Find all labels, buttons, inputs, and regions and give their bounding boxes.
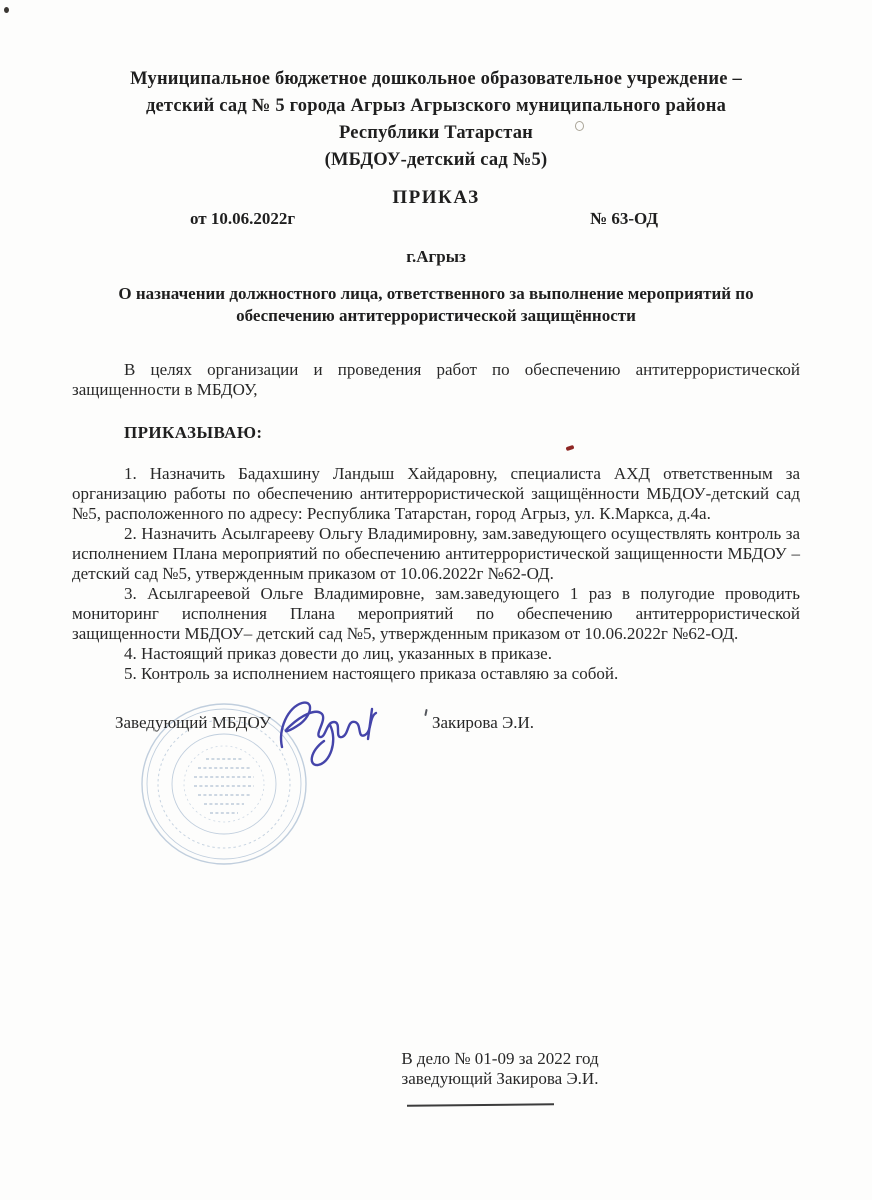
intro-paragraph: В целях организации и проведения работ п… bbox=[72, 360, 800, 400]
org-name-line-4: (МБДОУ-детский сад №5) bbox=[0, 147, 872, 174]
signatory-title: Заведующий МБДОУ bbox=[115, 713, 271, 733]
directive-heading: ПРИКАЗЫВАЮ: bbox=[72, 423, 262, 443]
order-item-4: 4. Настоящий приказ довести до лиц, указ… bbox=[72, 644, 800, 664]
order-subject-line-2: обеспечению антитеррористической защищён… bbox=[0, 305, 872, 327]
filing-note-line-1: В дело № 01-09 за 2022 год bbox=[260, 1049, 740, 1069]
order-number: № 63-ОД bbox=[590, 209, 658, 229]
doc-type-heading: ПРИКАЗ bbox=[0, 187, 872, 209]
order-subject-line-1: О назначении должностного лица, ответств… bbox=[0, 283, 872, 305]
filing-note-line-2: заведующий Закирова Э.И. bbox=[260, 1069, 740, 1089]
org-name-line-2: детский сад № 5 города Агрыз Агрызского … bbox=[0, 93, 872, 120]
scan-speck-red bbox=[566, 445, 575, 451]
org-header: Муниципальное бюджетное дошкольное образ… bbox=[0, 66, 872, 174]
order-item-3: 3. Асылгареевой Ольге Владимировне, зам.… bbox=[72, 584, 800, 644]
order-city: г.Агрыз bbox=[0, 247, 872, 267]
scan-speck bbox=[4, 7, 9, 13]
signatory-name: Закирова Э.И. bbox=[432, 713, 534, 733]
order-item-1: 1. Назначить Бадахшину Ландыш Хайдаровну… bbox=[72, 464, 800, 524]
order-items: 1. Назначить Бадахшину Ландыш Хайдаровну… bbox=[72, 464, 800, 684]
date-number-row: от 10.06.2022г № 63-ОД bbox=[72, 209, 800, 231]
document-page: Муниципальное бюджетное дошкольное образ… bbox=[0, 0, 872, 1200]
signature-block: Заведующий МБДОУ Закирова Э.И. bbox=[72, 695, 800, 885]
filing-note: В дело № 01-09 за 2022 год заведующий За… bbox=[260, 1049, 740, 1088]
order-item-2: 2. Назначить Асылгарееву Ольгу Владимиро… bbox=[72, 524, 800, 584]
signature-ink bbox=[268, 695, 386, 773]
filing-signature-line bbox=[407, 1103, 554, 1107]
org-name-line-3: Республики Татарстан bbox=[0, 120, 872, 147]
org-name-line-1: Муниципальное бюджетное дошкольное образ… bbox=[0, 66, 872, 93]
order-item-5: 5. Контроль за исполнением настоящего пр… bbox=[72, 664, 800, 684]
order-date: от 10.06.2022г bbox=[190, 209, 295, 229]
order-subject: О назначении должностного лица, ответств… bbox=[0, 283, 872, 327]
scan-mark bbox=[424, 709, 427, 716]
